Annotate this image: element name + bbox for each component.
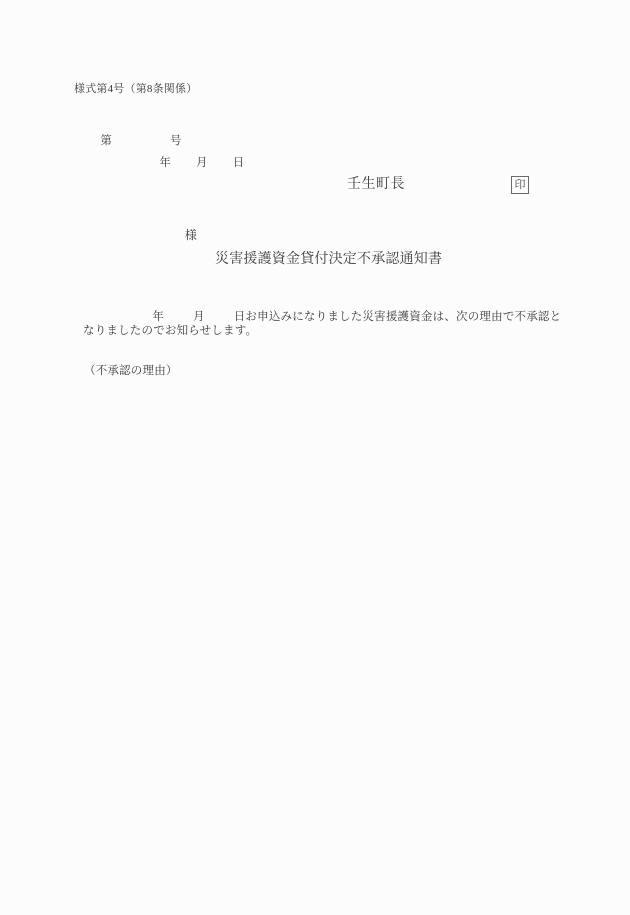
year-blank	[171, 165, 196, 166]
document-title: 災害援護資金貸付決定不承認通知書	[215, 251, 442, 269]
month-blank	[208, 165, 233, 166]
body-year-blank	[164, 319, 193, 320]
seal-character: 印	[515, 180, 526, 191]
body-paragraph-line2: なりましたのでお知らせします。	[83, 324, 257, 338]
body-line1-text: 日お申込みになりました災害援護資金は、次の理由で不承認と	[234, 311, 562, 323]
month-label: 月	[196, 157, 208, 169]
addressee-line: 様	[172, 213, 197, 258]
day-label: 日	[233, 157, 245, 169]
seal-stamp: 印	[511, 176, 529, 194]
issue-date-line: 年月日	[147, 142, 244, 185]
year-label: 年	[159, 157, 171, 169]
body-month-label: 月	[193, 311, 205, 323]
addressee-suffix-label: 様	[185, 228, 197, 242]
body-month-blank	[205, 319, 234, 320]
rejection-reason-label: （不承認の理由）	[84, 364, 178, 378]
body-year-label: 年	[152, 311, 164, 323]
number-prefix-label: 第	[100, 135, 112, 147]
form-number-label: 様式第4号（第8条関係）	[74, 83, 197, 97]
issuer-name: 壬生町長	[347, 176, 405, 194]
document-page: 様式第4号（第8条関係） 第号 年月日 壬生町長 印 様 災害援護資金貸付決定不…	[0, 0, 630, 915]
